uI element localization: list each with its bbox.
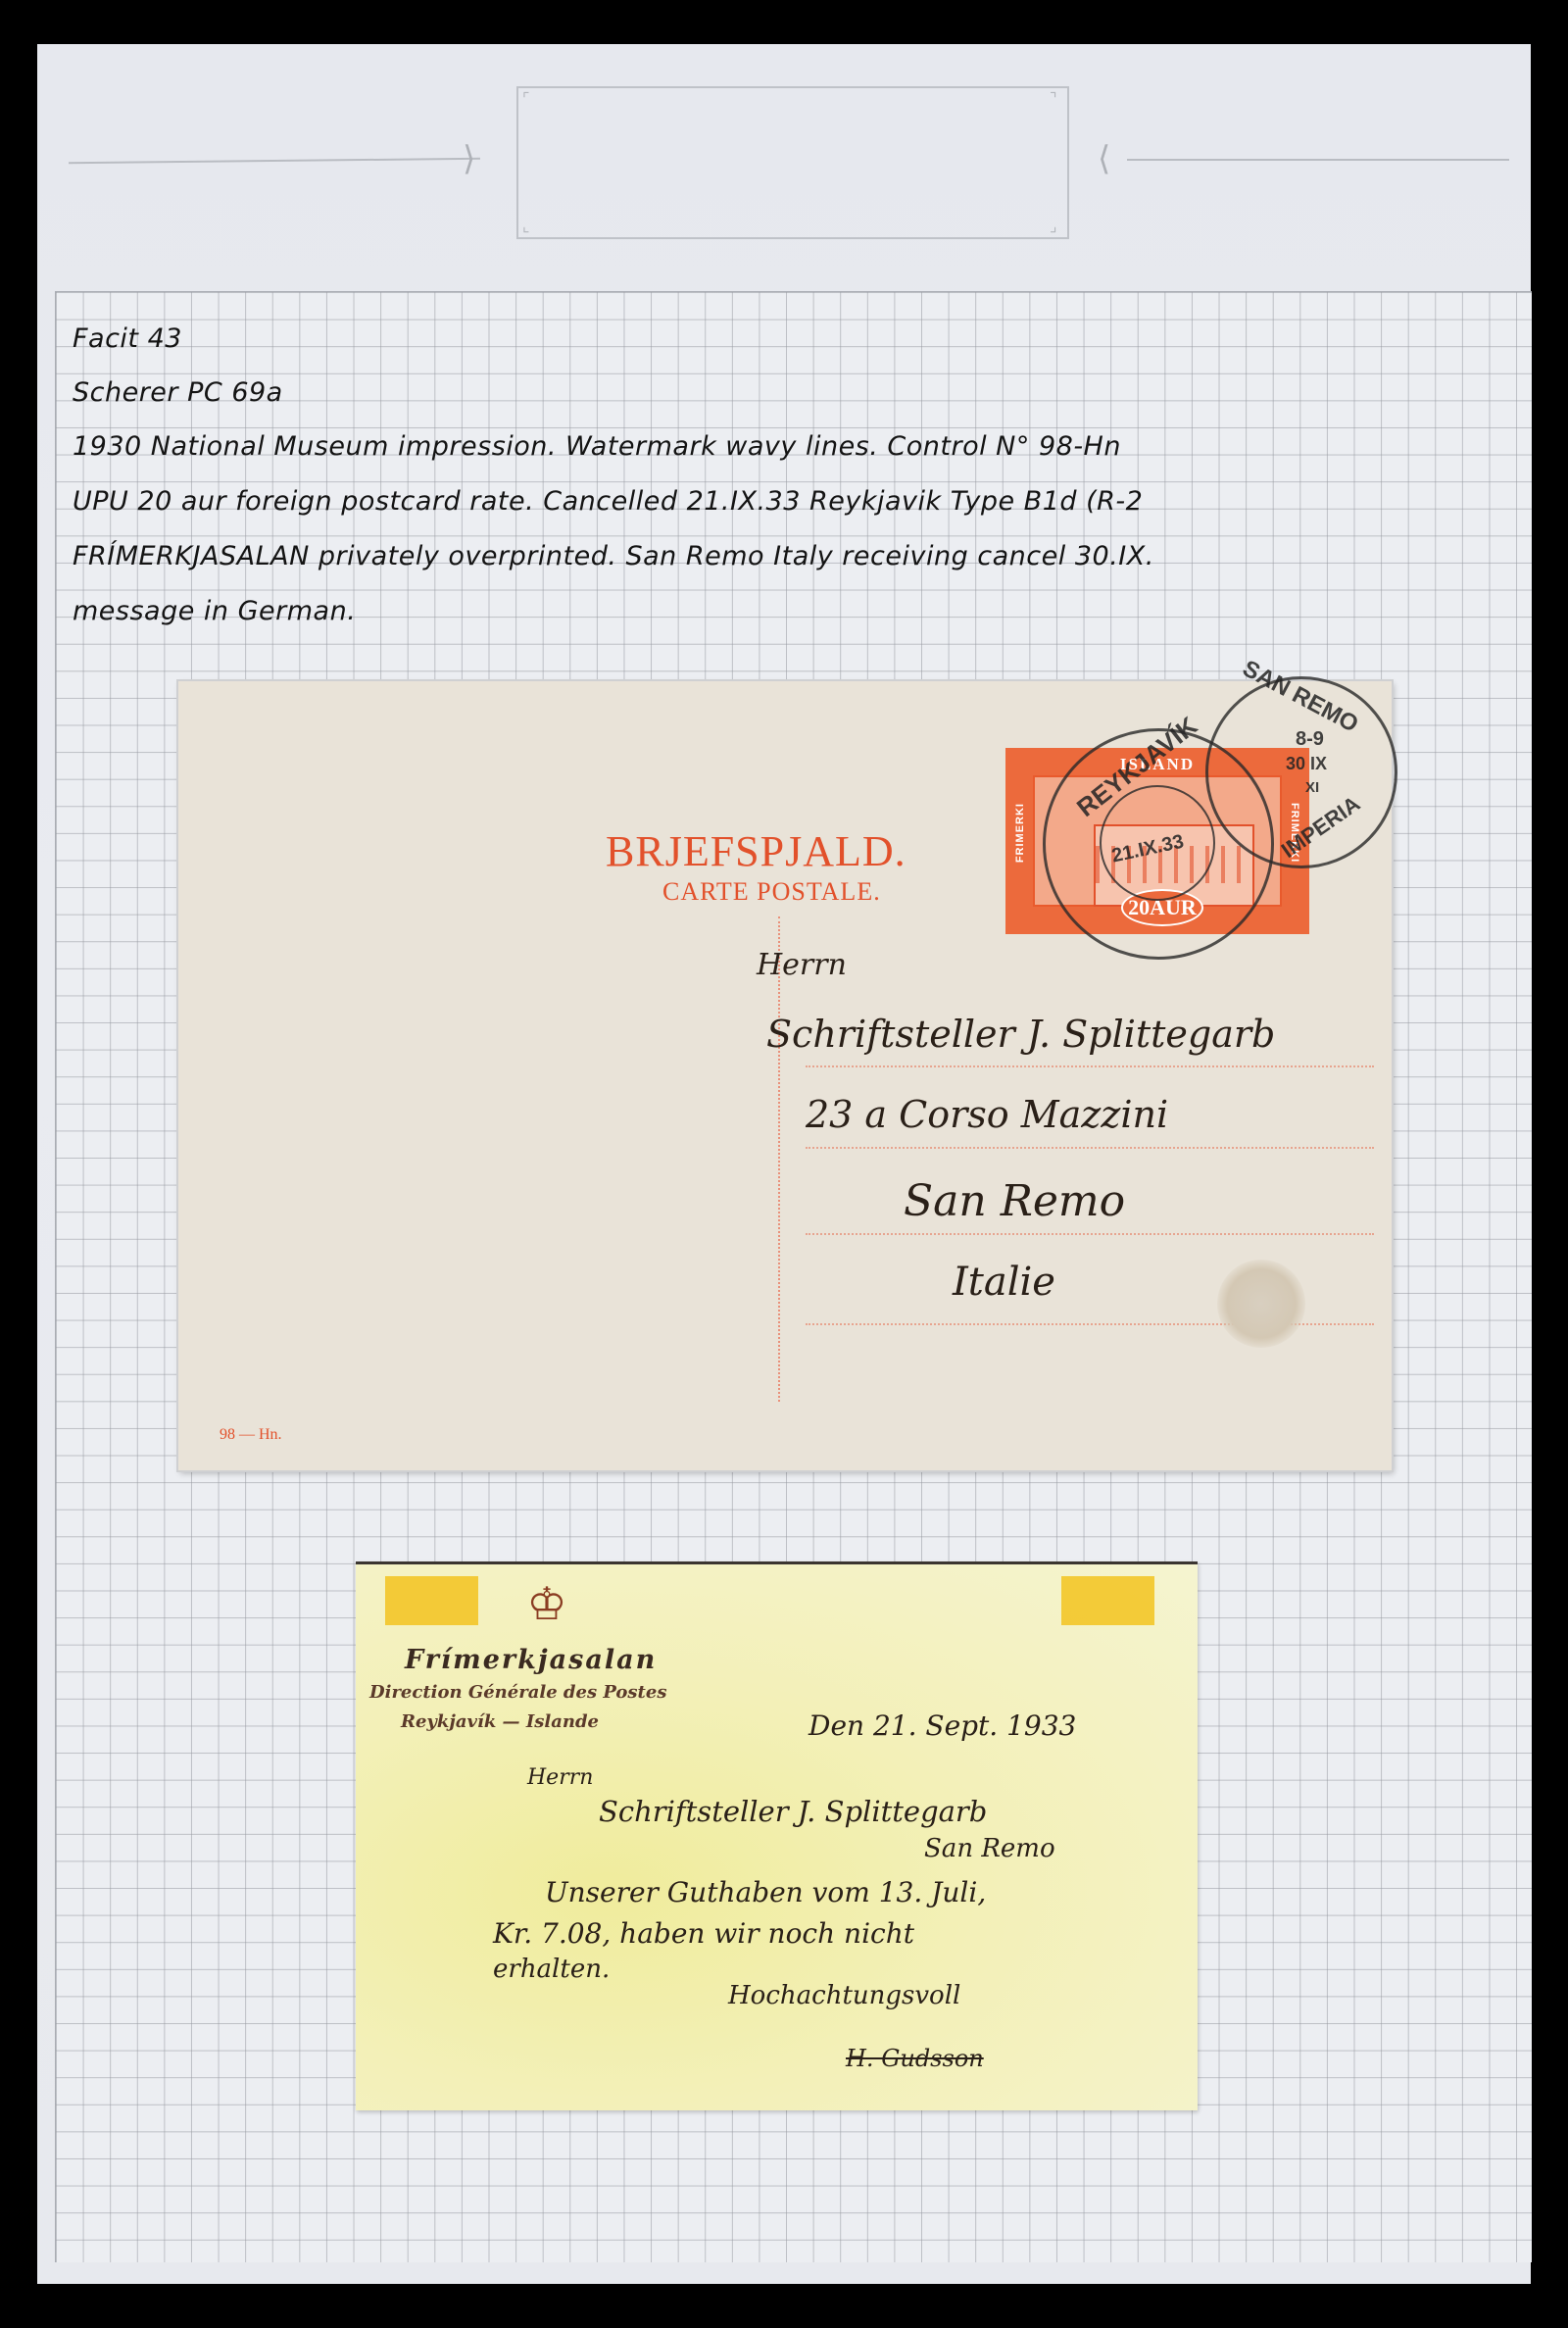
letterhead-city: Reykjavík — Islande bbox=[401, 1711, 599, 1732]
address-line-country: Italie bbox=[953, 1260, 1055, 1305]
ornament-left-icon: ⟩ bbox=[463, 142, 475, 175]
san-remo-cancel-date1: 8-9 bbox=[1296, 728, 1324, 751]
header-rule-right bbox=[1127, 159, 1509, 161]
letter-recipient: Schriftsteller J. Splittegarb bbox=[599, 1795, 987, 1828]
letter-signature: H. Gudsson bbox=[846, 2045, 984, 2072]
ornament-right-icon: ⟨ bbox=[1098, 142, 1110, 175]
san-remo-cancel-date3: XI bbox=[1305, 779, 1319, 796]
note-message: message in German. bbox=[73, 596, 356, 626]
letterhead-name: Frímerkjasalan bbox=[405, 1645, 657, 1675]
note-overprint: FRÍMERKJASALAN privately overprinted. Sa… bbox=[73, 541, 1154, 571]
san-remo-cancel-date2: 30 IX bbox=[1286, 754, 1327, 774]
note-rate: UPU 20 aur foreign postcard rate. Cancel… bbox=[73, 486, 1143, 517]
postcard-divider bbox=[778, 916, 780, 1402]
letter-body-line-3: erhalten. bbox=[493, 1955, 610, 1984]
letter-body-line-2: Kr. 7.08, haben wir noch nicht bbox=[493, 1917, 914, 1950]
letter-salutation: Herrn bbox=[527, 1765, 593, 1790]
note-scherer: Scherer PC 69a bbox=[73, 377, 283, 408]
letter-date: Den 21. Sept. 1933 bbox=[808, 1709, 1076, 1742]
control-number: 98 — Hn. bbox=[220, 1426, 282, 1444]
address-rule-1 bbox=[806, 1065, 1374, 1067]
header-rule-left bbox=[69, 158, 480, 164]
header-title-frame: ⌜ ⌝ ⌞ ⌟ bbox=[516, 86, 1069, 239]
reply-card: ♔ Frímerkjasalan Direction Générale des … bbox=[356, 1561, 1198, 2110]
letter-closing: Hochachtungsvoll bbox=[728, 1981, 960, 2010]
address-salutation: Herrn bbox=[757, 948, 847, 982]
letter-body-line-1: Unserer Guthaben vom 13. Juli, bbox=[545, 1876, 986, 1908]
postcard: BRJEFSPJALD. CARTE POSTALE. ISLAND FRIME… bbox=[178, 681, 1392, 1470]
posthorn-crown-icon: ♔ bbox=[513, 1574, 581, 1633]
address-line-street: 23 a Corso Mazzini bbox=[806, 1093, 1168, 1136]
paper-stain bbox=[1217, 1260, 1305, 1348]
address-line-name: Schriftsteller J. Splittegarb bbox=[766, 1013, 1275, 1056]
letter-recipient-city: San Remo bbox=[924, 1834, 1055, 1863]
address-line-city: San Remo bbox=[904, 1176, 1125, 1226]
address-rule-2 bbox=[806, 1147, 1374, 1149]
postcard-title: BRJEFSPJALD. bbox=[606, 826, 906, 876]
stamp-side-label-left: FRIMERKI bbox=[1014, 803, 1026, 863]
letterhead-direction: Direction Générale des Postes bbox=[369, 1682, 666, 1703]
address-rule-3 bbox=[806, 1233, 1374, 1235]
note-facit: Facit 43 bbox=[73, 323, 182, 354]
tape-strip-right bbox=[1061, 1576, 1154, 1625]
note-description: 1930 National Museum impression. Waterma… bbox=[73, 431, 1121, 462]
tape-strip-left bbox=[385, 1576, 478, 1625]
postcard-subtitle: CARTE POSTALE. bbox=[662, 877, 881, 907]
